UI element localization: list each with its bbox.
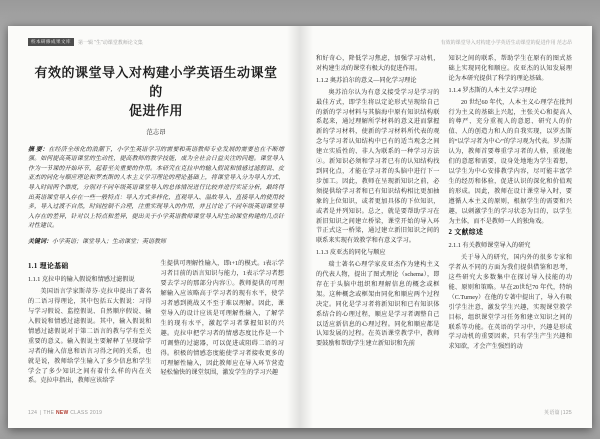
running-head: 有效的课堂导入对构建小学英语生动课堂的促进作用 范志昂 — [441, 39, 572, 46]
section-heading-1-1: 1.1 理论基础 — [28, 262, 152, 272]
journal-name-pre: THE — [43, 410, 56, 416]
section-heading-2: 2 文献综述 — [449, 228, 573, 238]
body-paragraph: 奥苏泊尔认为有意义接受学习是学习的最佳方式，即学生将以定论形式呈现给自己的新的学… — [316, 88, 440, 247]
body-paragraph: 生提供可理解性输入，即i+1的模式。i表示学习者目前的语言知识与能力，1表示学习… — [161, 259, 285, 378]
keywords-text: 小学英语；课堂导入；生动课堂；英语教师 — [52, 239, 166, 245]
right-page-header: 有效的课堂导入对构建小学英语生动课堂的促进作用 范志昂 — [316, 36, 572, 48]
body-paragraph: 和好奇心，降低学习焦虑，加强学习动机，对构建生动的课堂有极大的促进作用。 — [316, 54, 440, 74]
body-paragraph: 20 世纪60 年代，人本主义心理学在批判行为主义的基础上兴起，主张关心和提高人… — [449, 98, 573, 227]
paper-title: 有效的课堂导入对构建小学英语生动课堂的 促进作用 — [28, 64, 284, 121]
journal-name-accent: NEW — [56, 410, 69, 416]
subsection-heading-1-1-2: 1.1.2 奥苏泊尔的意义—同化学习理论 — [316, 76, 440, 86]
open-book-spread: 校本研修成果文库 第一辑 “生”动课堂教师论文集 有效的课堂导入对构建小学英语生… — [8, 26, 592, 428]
body-paragraph: 美国语言学家斯蒂芬·克拉申提出了著名的二语习得理论，其中包括五大假说：习得与学习… — [28, 287, 152, 386]
left-page: 校本研修成果文库 第一辑 “生”动课堂教师论文集 有效的课堂导入对构建小学英语生… — [8, 26, 300, 428]
left-page-column-2: 生提供可理解性输入，即i+1的模式。i表示学习者目前的语言知识与能力，1表示学习… — [161, 259, 285, 386]
subsection-heading-1-1-4: 1.1.4 罗杰斯的人本主义学习理论 — [449, 86, 573, 96]
subsection-heading-1-1-3: 1.1.3 皮亚杰的同化与顺应 — [316, 248, 440, 258]
body-paragraph: 知识之间的联系，帮助学生在原有的图式基础上实现同化和顺应。皮亚杰的认知发展理论为… — [449, 54, 573, 84]
subsection-heading-2-1-1: 2.1.1 有关教师课堂导入的研究 — [449, 241, 573, 251]
keywords-line: 关键词：小学英语；课堂导入；生动课堂；英语教师 — [28, 238, 284, 248]
paper-title-line2: 促进作用 — [129, 103, 183, 118]
subsection-heading-1-1-1: 1.1.1 克拉申的输入假说和情感过滤假说 — [28, 275, 152, 285]
footer-separator: ∣ — [39, 410, 42, 416]
series-title: 第一辑 “生”动课堂教师论文集 — [78, 39, 143, 46]
body-paragraph: 关于导入的研究，国内外的很多专家和学者从不同的方面为我们提供借鉴和思考，这些研究… — [449, 253, 573, 352]
body-paragraph: 瑞士著名心理学家皮亚杰作为建构主义的代表人物，提出了图式理论（schema），即… — [316, 260, 440, 349]
series-badge: 校本研修成果文库 — [28, 38, 74, 47]
paper-author: 范志昂 — [28, 127, 284, 136]
left-page-footer: 124 ∣ THE NEW CLASS 2019 — [28, 410, 102, 416]
abstract-text: 在经济全球化的浪潮下，小学生英语学习的需要和英语教师专业发展的需要也在不断增强。… — [28, 147, 284, 230]
abstract-label: 摘 要： — [28, 147, 48, 153]
abstract: 摘 要：在经济全球化的浪潮下，小学生英语学习的需要和英语教师专业发展的需要也在不… — [28, 146, 284, 232]
paper-title-line1: 有效的课堂导入对构建小学英语生动课堂的 — [34, 65, 277, 99]
right-page-footer: 英语篇∣125 — [544, 409, 572, 416]
right-page-column-1: 和好奇心，降低学习焦虑，加强学习动机，对构建生动的课堂有极大的促进作用。 1.1… — [316, 54, 440, 352]
journal-name-post: CLASS 2019 — [69, 410, 103, 416]
keywords-label: 关键词： — [28, 239, 52, 245]
right-page-column-2: 知识之间的联系，帮助学生在原有的图式基础上实现同化和顺应。皮亚杰的认知发展理论为… — [449, 54, 573, 352]
right-page: 有效的课堂导入对构建小学英语生动课堂的促进作用 范志昂 和好奇心，降低学习焦虑，… — [300, 26, 592, 428]
left-page-columns: 1.1 理论基础 1.1.1 克拉申的输入假说和情感过滤假说 美国语言学家斯蒂芬… — [28, 259, 284, 386]
right-page-columns: 和好奇心，降低学习焦虑，加强学习动机，对构建生动的课堂有极大的促进作用。 1.1… — [316, 54, 572, 352]
book-spread-photo: 校本研修成果文库 第一辑 “生”动课堂教师论文集 有效的课堂导入对构建小学英语生… — [0, 0, 600, 439]
left-page-header: 校本研修成果文库 第一辑 “生”动课堂教师论文集 — [28, 36, 284, 48]
page-number-left: 124 — [28, 410, 37, 416]
left-page-column-1: 1.1 理论基础 1.1.1 克拉申的输入假说和情感过滤假说 美国语言学家斯蒂芬… — [28, 259, 152, 386]
